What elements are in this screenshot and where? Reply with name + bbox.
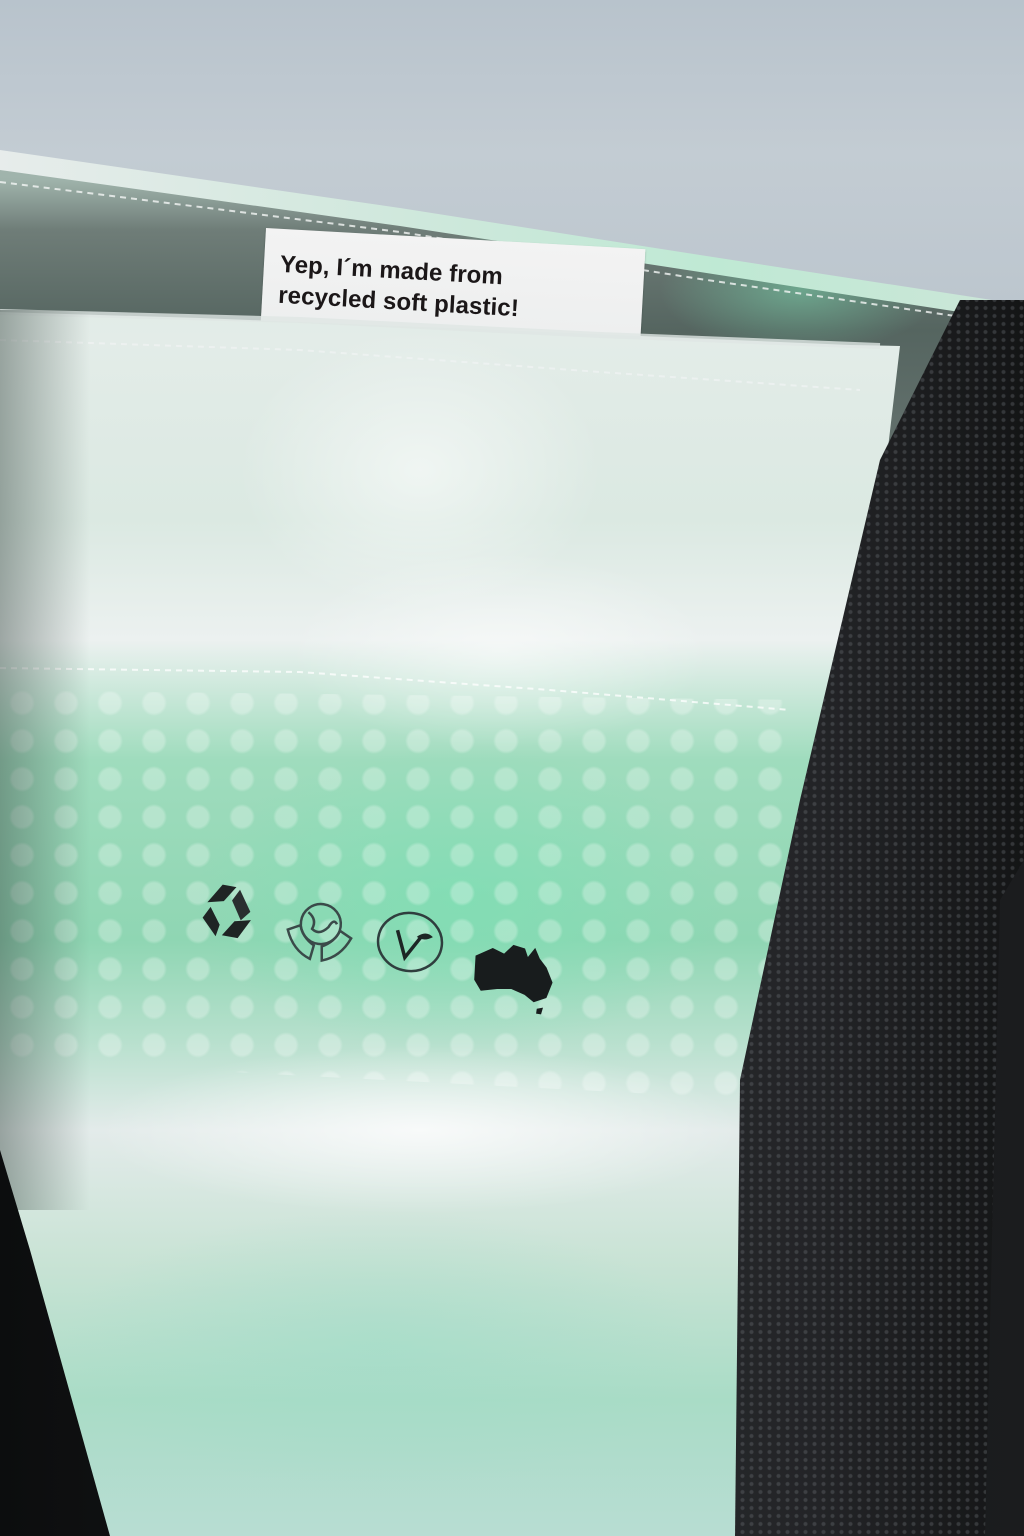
product-photo: Yep, I´m made from recycled soft plastic… — [0, 0, 1024, 1536]
vegan-icon — [374, 909, 445, 975]
australia-map-icon — [469, 940, 557, 1016]
earth-in-hands-icon — [284, 900, 355, 964]
recycle-icon — [200, 882, 256, 942]
